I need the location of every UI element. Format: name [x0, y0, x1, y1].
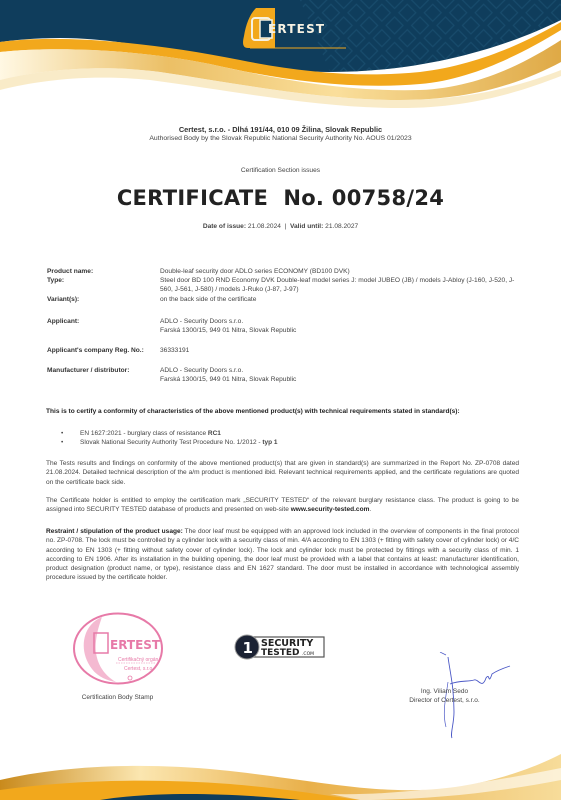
applicant-name: ADLO - Security Doors s.r.o. [160, 318, 243, 325]
field-label: Type: [47, 276, 64, 285]
signer-block: Ing. Viliam Sedo Director of Certest, s.… [382, 687, 507, 705]
svg-text:Certest, s.r.o.: Certest, s.r.o. [124, 666, 154, 672]
svg-text:Certifikačný orgán: Certifikačný orgán [118, 657, 159, 663]
field-label: Manufacturer / distributor: [47, 366, 129, 375]
manufacturer-address: Farská 1300/15, 949 01 Nitra, Slovak Rep… [160, 376, 296, 383]
bullet-bold: typ 1 [262, 439, 277, 446]
field-label: Product name: [47, 267, 93, 276]
website-link[interactable]: www.security-tested.com [291, 506, 370, 513]
svg-text:TESTED: TESTED [261, 648, 300, 658]
security-tested-logo-icon: 1 SECURITY TESTED .COM [234, 634, 326, 660]
section-issues: Certification Section issues [0, 167, 561, 174]
field-value: ADLO - Security Doors s.r.o. Farská 1300… [160, 317, 520, 335]
mark-text: The Certificate holder is entitled to em… [46, 497, 519, 513]
applicant-address: Farská 1300/15, 949 01 Nitra, Slovak Rep… [160, 327, 296, 334]
restraint-paragraph: Restraint / stipulation of the product u… [46, 527, 519, 583]
mark-paragraph: The Certificate holder is entitled to em… [46, 496, 519, 515]
field-value: Steel door BD 100 RND Economy DVK Double… [160, 276, 520, 294]
restraint-label: Restraint / stipulation of the product u… [46, 528, 183, 535]
mark-end: . [369, 506, 371, 513]
certificate-title: CERTIFICATE No. 00758/24 [0, 186, 561, 210]
date-issue-value: 21.08.2024 [248, 223, 281, 230]
field-value: on the back side of the certificate [160, 295, 520, 304]
valid-until-value: 21.08.2027 [325, 223, 358, 230]
certification-stamp-icon: ERTEST Certifikačný orgán Certest, s.r.o… [72, 611, 164, 686]
bullet-text: EN 1627:2021 - burglary class of resista… [80, 430, 208, 437]
bullet-icon: • [61, 439, 63, 446]
field-value: Double-leaf security door ADLO series EC… [160, 267, 520, 276]
issuer-authorisation: Authorised Body by the Slovak Republic N… [0, 135, 561, 142]
valid-until-label: Valid until: [290, 223, 323, 230]
date-issue-label: Date of issue: [203, 223, 246, 230]
manufacturer-name: ADLO - Security Doors s.r.o. [160, 367, 243, 374]
certificate-dates: Date of issue: 21.08.2024 | Valid until:… [0, 223, 561, 230]
stamp-caption: Certification Body Stamp [40, 694, 195, 701]
signer-title: Director of Certest, s.r.o. [382, 696, 507, 705]
field-value: ADLO - Security Doors s.r.o. Farská 1300… [160, 366, 520, 384]
bullet-icon: • [61, 430, 63, 437]
date-separator: | [285, 223, 287, 230]
conformity-intro: This is to certify a conformity of chara… [46, 407, 519, 416]
field-label: Variant(s): [47, 295, 79, 304]
footer-banner [0, 740, 561, 800]
issuer-address: Certest, s.r.o. - Dlhá 191/44, 010 09 Ži… [0, 125, 561, 134]
field-label: Applicant: [47, 317, 79, 326]
svg-text:.COM: .COM [302, 651, 314, 657]
field-label: Applicant's company Reg. No.: [47, 346, 144, 355]
svg-text:1: 1 [243, 639, 253, 657]
bullet-bold: RC1 [208, 430, 221, 437]
signer-name: Ing. Viliam Sedo [382, 687, 507, 696]
svg-text:ERTEST: ERTEST [110, 638, 161, 652]
logo-text: ERTEST [268, 22, 325, 36]
restraint-text: The door leaf must be equipped with an a… [46, 528, 519, 581]
field-value: 36333191 [160, 346, 520, 355]
bullet-text: Slovak National Security Authority Test … [80, 439, 262, 446]
tests-paragraph: The Tests results and findings on confor… [46, 459, 519, 487]
